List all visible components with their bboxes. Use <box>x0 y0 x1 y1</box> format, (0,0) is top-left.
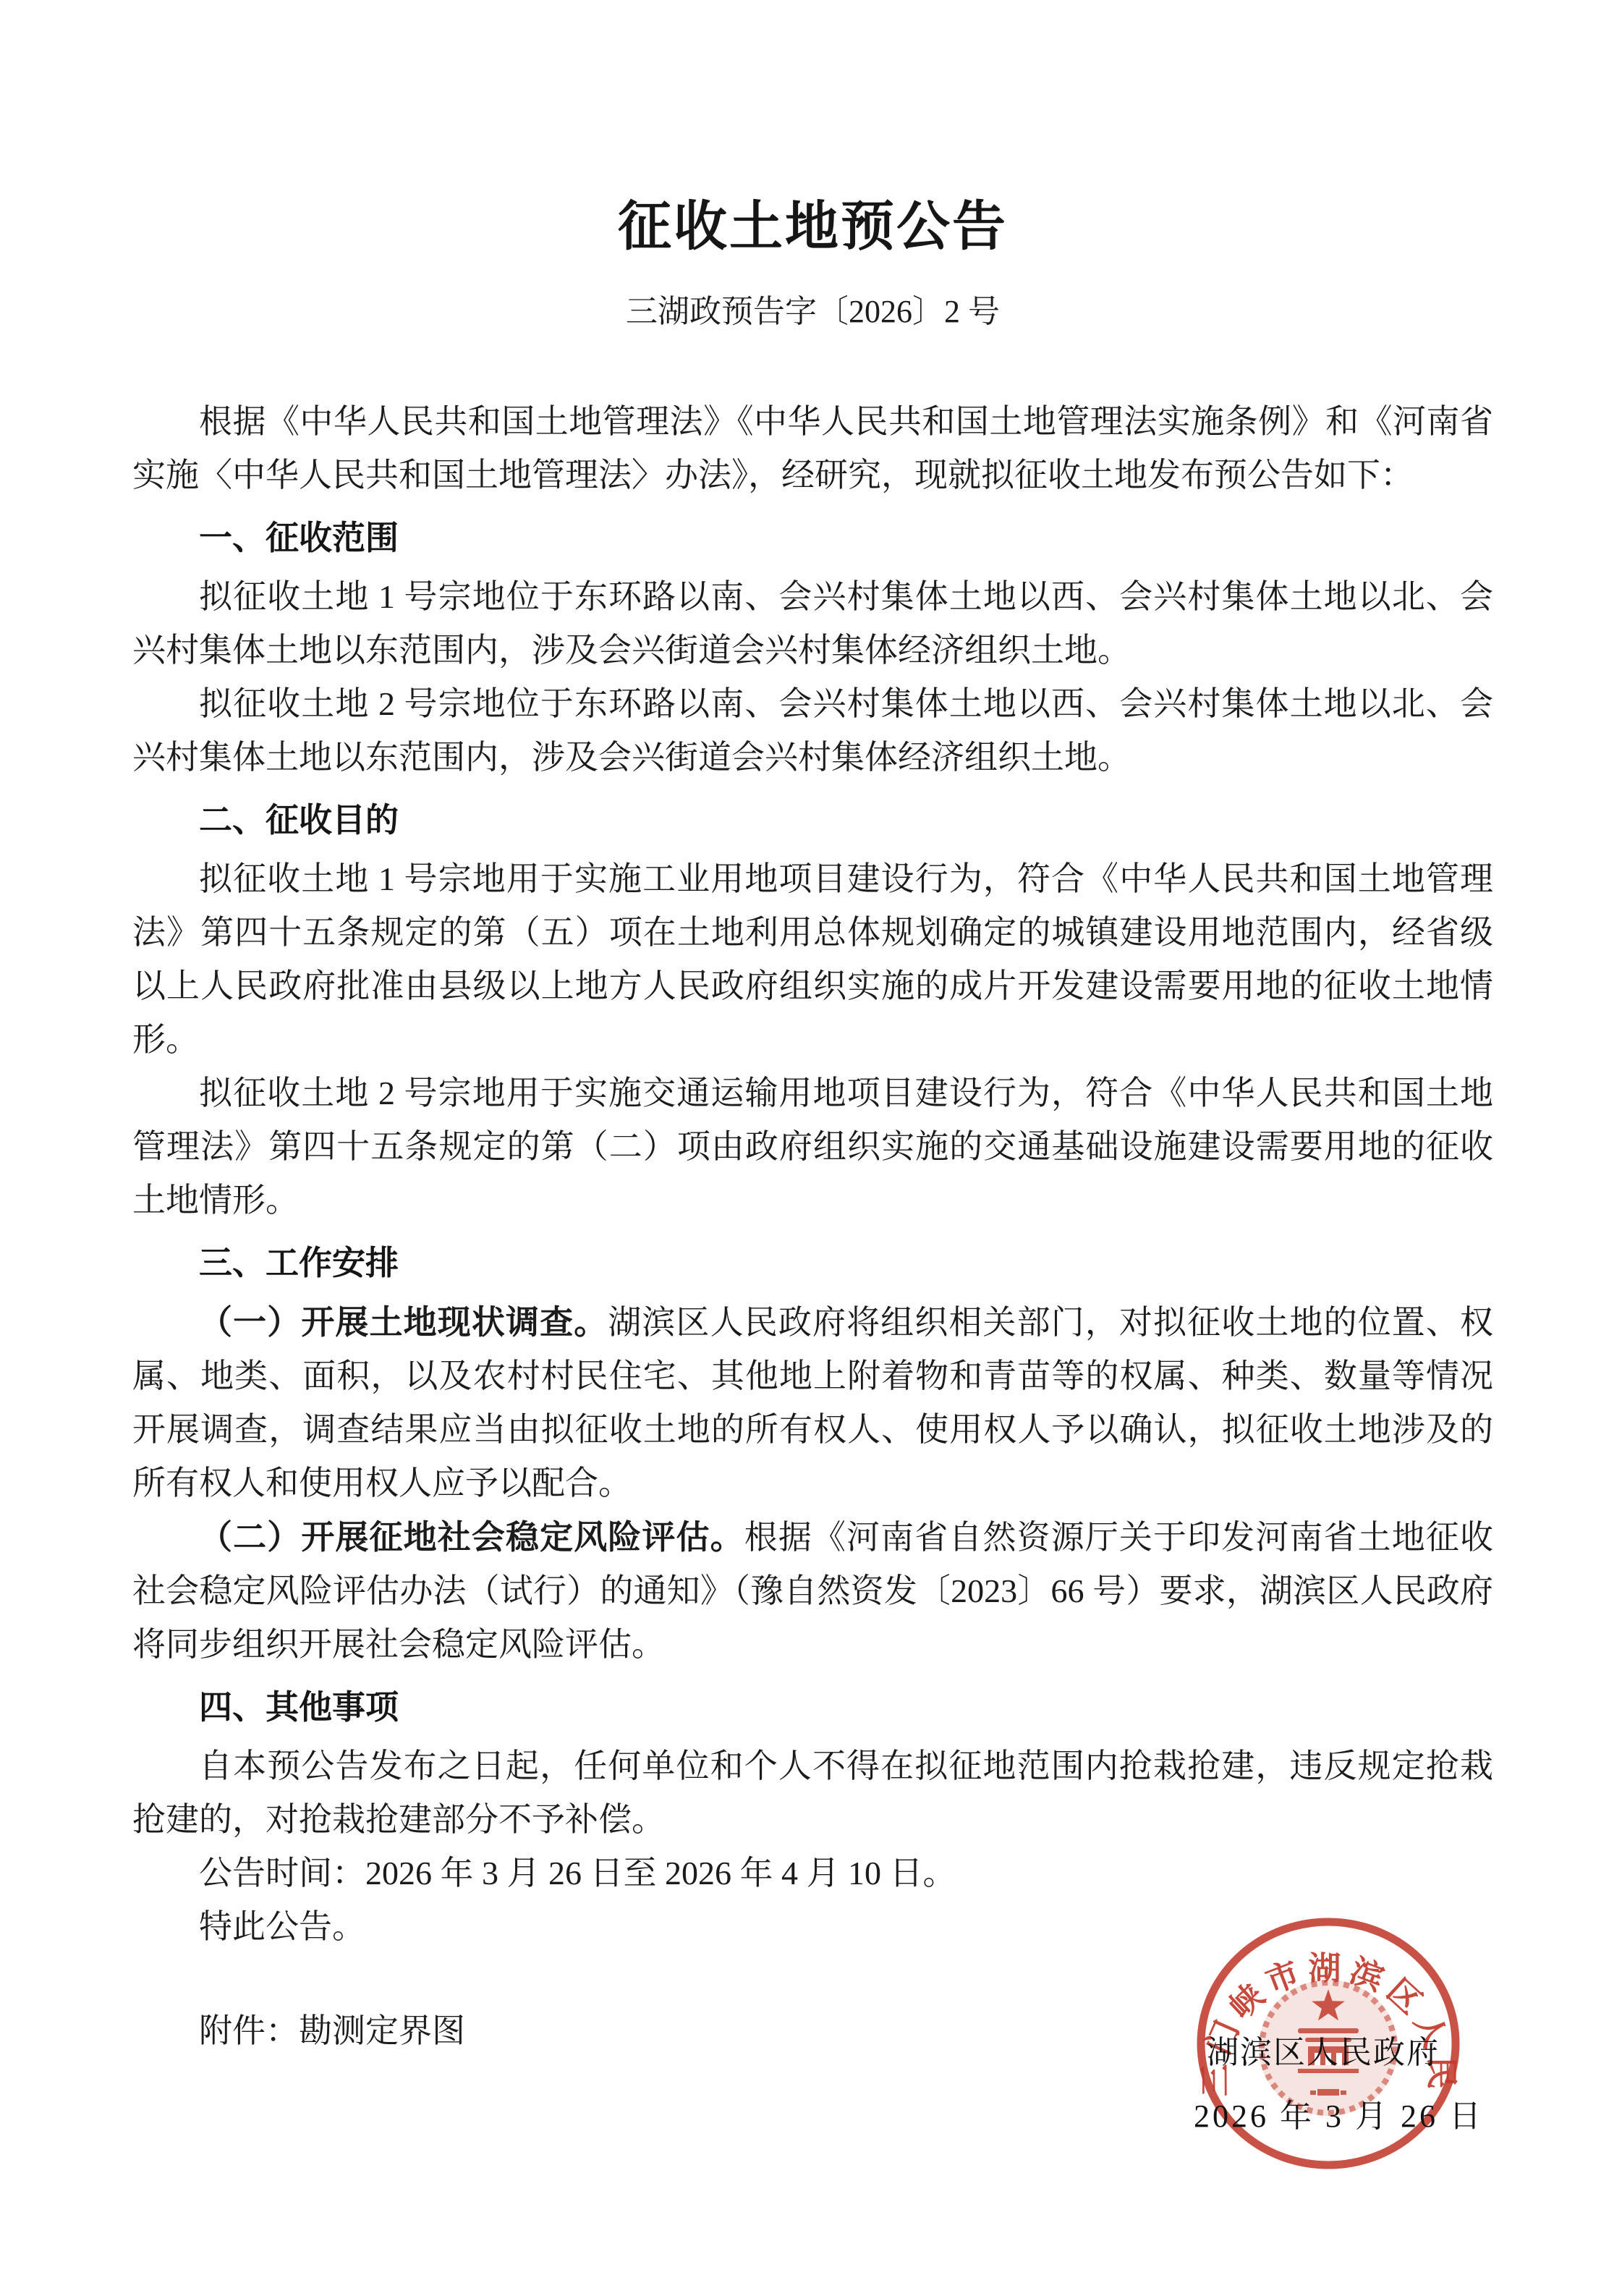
signature-date: 2026 年 3 月 26 日 <box>1194 2090 1484 2136</box>
intro-paragraph: 根据《中华人民共和国土地管理法》《中华人民共和国土地管理法实施条例》和《河南省实… <box>132 395 1493 502</box>
document-body: 根据《中华人民共和国土地管理法》《中华人民共和国土地管理法实施条例》和《河南省实… <box>132 395 1493 2058</box>
paragraph: （二）开展征地社会稳定风险评估。根据《河南省自然资源厅关于印发河南省土地征收社会… <box>132 1510 1493 1672</box>
section-heading-2: 二、征收目的 <box>132 793 1493 847</box>
document-number: 三湖政预告字〔2026〕2 号 <box>132 293 1493 331</box>
paragraph: 拟征收土地 1 号宗地位于东环路以南、会兴村集体土地以西、会兴村集体土地以北、会… <box>132 570 1493 677</box>
notice-period-line: 公告时间：2026 年 3 月 26 日至 2026 年 4 月 10 日。 <box>132 1847 1493 1900</box>
paragraph: 拟征收土地 2 号宗地位于东环路以南、会兴村集体土地以西、会兴村集体土地以北、会… <box>132 677 1493 784</box>
paragraph: 自本预公告发布之日起，任何单位和个人不得在拟征地范围内抢栽抢建，违反规定抢栽抢建… <box>132 1740 1493 1847</box>
section-heading-3: 三、工作安排 <box>132 1236 1493 1289</box>
document-content: 征收土地预公告 三湖政预告字〔2026〕2 号 根据《中华人民共和国土地管理法》… <box>132 0 1493 2058</box>
signature-issuer: 湖滨区人民政府 <box>1207 2026 1440 2072</box>
document-page: 征收土地预公告 三湖政预告字〔2026〕2 号 根据《中华人民共和国土地管理法》… <box>0 0 1622 2296</box>
paragraph: 拟征收土地 2 号宗地用于实施交通运输用地项目建设行为，符合《中华人民共和国土地… <box>132 1067 1493 1227</box>
document-title: 征收土地预公告 <box>132 0 1493 258</box>
paragraph: （一）开展土地现状调查。湖滨区人民政府将组织相关部门，对拟征收土地的位置、权属、… <box>132 1295 1493 1510</box>
paragraph-lead: （二）开展征地社会稳定风险评估。 <box>199 1518 744 1556</box>
paragraph: 拟征收土地 1 号宗地用于实施工业用地项目建设行为，符合《中华人民共和国土地管理… <box>132 852 1493 1067</box>
section-heading-4: 四、其他事项 <box>132 1680 1493 1734</box>
paragraph-lead: （一）开展土地现状调查。 <box>199 1303 608 1341</box>
section-heading-1: 一、征收范围 <box>132 511 1493 564</box>
